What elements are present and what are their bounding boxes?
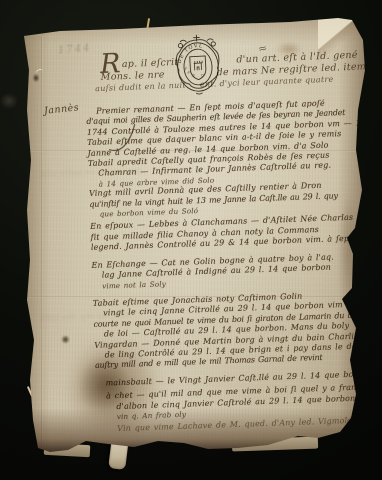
manuscript-paragraph: Tabait eſtime que Jonachais noty Caſtimo… xyxy=(93,290,373,370)
volute-left xyxy=(178,43,182,47)
margin-note: Jannès xyxy=(44,102,80,117)
manuscript-paragraph: Premier remanant — En ſept mois d'aqueſt… xyxy=(86,98,369,252)
edge-shading-left xyxy=(20,0,50,480)
manuscript-paragraph: mainsbault — le Vingt Janvier Caſt.llé a… xyxy=(96,371,376,435)
generalite-stamp: DE TOVL S E N · D xyxy=(167,33,228,102)
ink-spot xyxy=(61,335,70,344)
tower-icon xyxy=(194,61,203,70)
background-smudge xyxy=(0,93,18,109)
pencil-note: 1744 xyxy=(58,43,92,57)
base-flourish xyxy=(196,93,202,94)
manuscript-header: Rap. il eſcritd'un art. eſt à l'Id. gené… xyxy=(100,49,367,93)
initial-letter: R xyxy=(100,64,121,65)
body-blocks: Premier remanant — En ſept mois d'aqueſt… xyxy=(86,98,375,436)
volute-right xyxy=(211,42,215,46)
photograph-of-manuscript: demeurant en ladite ville cont. au reg. … xyxy=(0,0,382,480)
manuscript-page: demeurant en ladite ville cont. au reg. … xyxy=(0,0,382,480)
manuscript-paragraph: En Eſchange — Cat ne Golin bogne à quatr… xyxy=(91,252,370,290)
vertical-crease xyxy=(41,36,43,444)
edge-tear xyxy=(31,72,41,84)
